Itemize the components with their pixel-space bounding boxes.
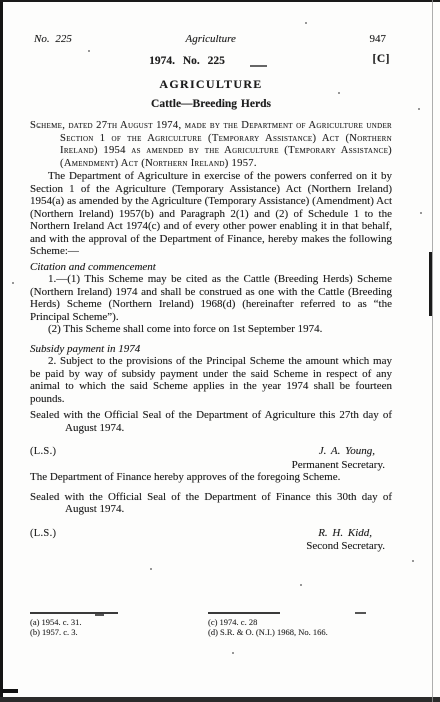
instrument-number-row: 1974. No. 225 [C]: [30, 55, 392, 68]
paragraph-1-1: 1.—(1) This Scheme may be cited as the C…: [30, 273, 392, 323]
sealing-clause-agriculture: Sealed with the Official Seal of the Dep…: [65, 409, 392, 434]
signature-name: J. A. Young,: [319, 445, 392, 458]
finance-approval-statement: The Department of Finance hereby approve…: [30, 471, 392, 484]
signature-row-agriculture: (L.S.) J. A. Young,: [30, 445, 392, 459]
section-heading-subsidy: Subsidy payment in 1974: [30, 343, 392, 356]
signature-name: R. H. Kidd,: [318, 527, 392, 540]
scan-speckle: [232, 652, 234, 654]
scan-speckle: [300, 584, 302, 586]
section-heading-citation: Citation and commencement: [30, 261, 392, 274]
seal-ls-mark: (L.S.): [30, 528, 56, 541]
footnote-column-right: (c) 1974. c. 28 (d) S.R. & O. (N.I.) 196…: [208, 612, 392, 637]
scan-speckle: [150, 568, 152, 570]
footnotes: (a) 1954. c. 31. (b) 1957. c. 3. (c) 197…: [30, 612, 392, 637]
scan-border-bottom: [0, 697, 440, 702]
preamble-small-caps: Scheme, dated 27th August 1974, made by …: [30, 120, 392, 170]
signatory-role: Second Secretary.: [30, 540, 392, 553]
footnote-b: (b) 1957. c. 3.: [30, 628, 208, 638]
footnote-rule: [30, 612, 118, 614]
footnote-rule: [208, 612, 280, 614]
footnote-d: (d) S.R. & O. (N.I.) 1968, No. 166.: [208, 628, 392, 638]
seal-ls-mark: (L.S.): [30, 446, 56, 459]
header-page-number: 947: [370, 33, 393, 46]
signature-row-finance: (L.S.) R. H. Kidd,: [30, 527, 392, 541]
instrument-number: 1974. No. 225: [149, 55, 225, 67]
scan-mark-footnote-dash: [355, 612, 366, 614]
paragraph-1-2: (2) This Scheme shall come into force on…: [30, 323, 392, 336]
footnote-column-left: (a) 1954. c. 31. (b) 1957. c. 3.: [30, 612, 208, 637]
signatory-role: Permanent Secretary.: [30, 459, 392, 472]
document-title: AGRICULTURE: [30, 78, 392, 91]
paragraph-2: 2. Subject to the provisions of the Prin…: [30, 355, 392, 405]
header-series-number: No. 225: [30, 33, 72, 46]
scan-speckle: [412, 560, 414, 562]
intro-paragraph: The Department of Agriculture in exercis…: [30, 170, 392, 258]
scan-mark-footnote-dash: [95, 614, 104, 616]
sealing-clause-finance: Sealed with the Official Seal of the Dep…: [65, 491, 392, 516]
document-page: No. 225 Agriculture 947 1974. No. 225 [C…: [0, 0, 440, 702]
header-running-title: Agriculture: [186, 33, 236, 46]
page-header: No. 225 Agriculture 947: [30, 33, 392, 46]
scan-mark-corner-dash: [2, 689, 18, 693]
document-subtitle: Cattle—Breeding Herds: [30, 98, 392, 111]
chapter-mark: [C]: [373, 53, 390, 66]
